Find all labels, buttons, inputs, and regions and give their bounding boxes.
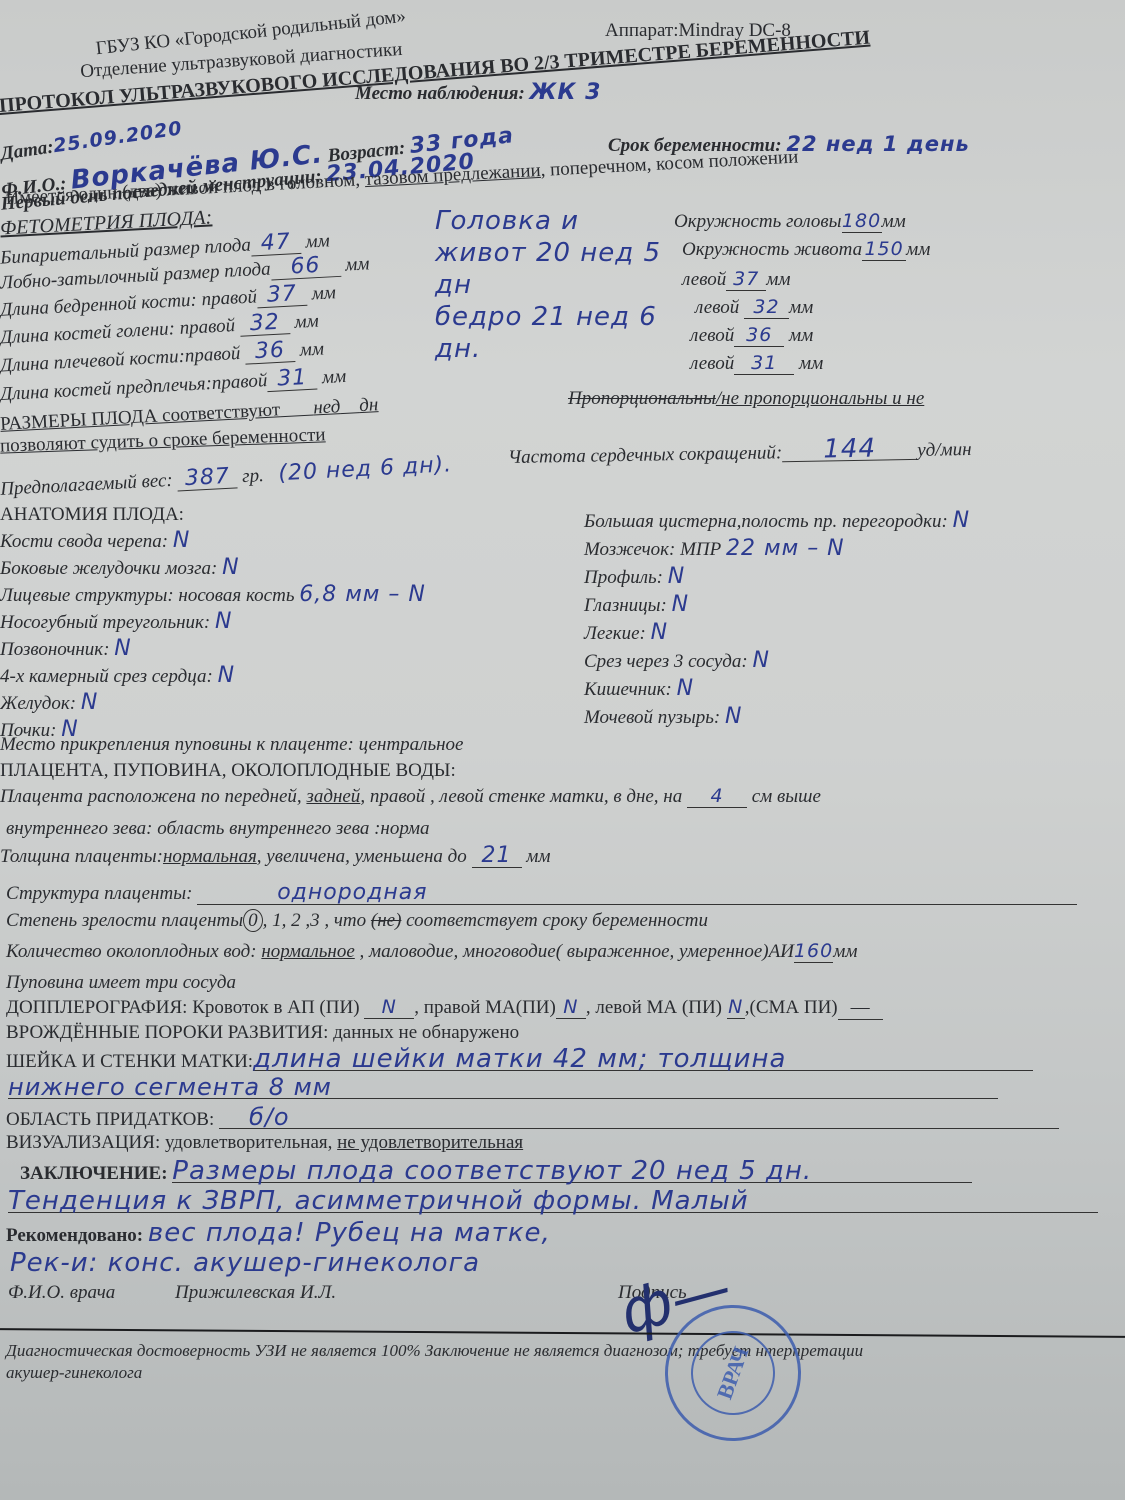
internal-os: внутреннего зева: область внутреннего зе…	[6, 818, 430, 840]
weight-value: 387	[177, 465, 238, 491]
conclusion-line-1: Размеры плода соответствуют 20 нед 5 дн.	[172, 1160, 972, 1183]
unit: мм	[882, 211, 906, 232]
recommended-label: Рекомендовано:	[6, 1225, 143, 1246]
unit: мм	[799, 353, 823, 374]
hc-label: Окружность головы	[674, 211, 842, 232]
hc-value: 180	[842, 210, 882, 233]
fluid-unit: мм	[833, 941, 857, 962]
anatomy-item-label: Желудок:	[0, 693, 81, 714]
adnexa-row: ОБЛАСТЬ ПРИДАТКОВ: б/о	[6, 1106, 1059, 1131]
forearm-left-row: левой31 мм	[690, 352, 823, 375]
proportional-struck: Пропорциональны	[568, 388, 716, 409]
unit: мм	[311, 282, 336, 304]
left-label: левой	[690, 353, 734, 374]
left-mca-label: , левой МА (ПИ)	[586, 997, 722, 1018]
thickness-unit: мм	[526, 846, 550, 867]
left-label: левой	[682, 269, 726, 290]
left-label: левой	[695, 297, 739, 318]
forearm-right-value: 31	[267, 366, 318, 392]
observation-place-value: ЖК 3	[530, 80, 602, 105]
disclaimer-line-2: акушер-гинеколога	[6, 1362, 142, 1384]
anatomy-item-label: Лицевые структуры: носовая кость	[0, 585, 299, 606]
proportional-selected: /не пропорциональны и не	[716, 388, 924, 409]
anatomy-item: Лицевые структуры: носовая кость 6,8 мм …	[0, 584, 426, 607]
anatomy-item-value: N	[81, 690, 98, 715]
anatomy-item: Срез через 3 сосуда: N	[584, 650, 770, 673]
anatomy-item: Мочевой пузырь: N	[584, 706, 742, 729]
anatomy-item-value: N	[651, 620, 668, 645]
anatomy-item: Кости свода черепа: N	[0, 530, 190, 553]
anatomy-item-value: N	[222, 555, 239, 580]
ac-value: 150	[862, 238, 906, 261]
mca-label: СМА ПИ)	[756, 997, 838, 1018]
unit: мм	[294, 311, 319, 333]
humerus-right-value: 36	[244, 339, 295, 365]
footer-divider	[0, 1328, 1125, 1338]
weight-label: Предполагаемый вес:	[0, 470, 173, 500]
cervix-label: ШЕЙКА И СТЕНКИ МАТКИ:	[6, 1051, 253, 1072]
anatomy-item: Кишечник: N	[584, 678, 694, 701]
unit: мм	[305, 230, 330, 252]
cord-vessels: Пуповина имеет три сосуда	[6, 972, 236, 994]
location-text-c: см выше	[752, 786, 821, 807]
unit: мм	[321, 366, 346, 388]
document-photo: ГБУЗ КО «Городской родильный дом» Отделе…	[0, 0, 1125, 1500]
conclusion-row: ЗАКЛЮЧЕНИЕ: Размеры плода соответствуют …	[20, 1160, 972, 1185]
doppler-row: ДОППЛЕРОГРАФИЯ: Кровоток в АП (ПИ) N, пр…	[6, 996, 883, 1020]
tibia-left-value: 32	[744, 296, 789, 319]
anatomy-item: Глазницы: N	[584, 594, 689, 617]
femur-right-value: 37	[256, 283, 307, 309]
right-mca-label: , правой МА(ПИ)	[414, 997, 556, 1018]
anatomy-item-label: Профиль:	[584, 567, 668, 588]
conclusion-line-2: Тенденция к ЗВРП, асимметричной формы. М…	[8, 1190, 1098, 1213]
placenta-heading: ПЛАЦЕНТА, ПУПОВИНА, ОКОЛОПЛОДНЫЕ ВОДЫ:	[0, 760, 456, 782]
structure-label: Структура плаценты:	[6, 883, 192, 904]
humerus-left-value: 36	[734, 324, 784, 347]
anatomy-item: Боковые желудочки мозга: N	[0, 557, 240, 580]
maturity-text: соответствует сроку беременности	[401, 910, 708, 931]
anatomy-item-label: Кишечник:	[584, 679, 677, 700]
anatomy-item: 4-х камерный срез сердца: N	[0, 665, 235, 688]
left-mca-value: N	[727, 996, 745, 1019]
note-line-1: Головка и	[435, 205, 695, 237]
anatomy-item-label: Срез через 3 сосуда:	[584, 651, 752, 672]
visualization-selected: не удовлетворительная	[337, 1132, 523, 1153]
observation-place: Место наблюдения: ЖК 3	[355, 82, 601, 105]
fluid-index-value: 160	[794, 940, 833, 963]
hr-unit: уд/мин	[917, 439, 972, 461]
femur-left-row: левой37мм	[682, 268, 790, 291]
anatomy-item: Позвоночник: N	[0, 638, 132, 661]
tibia-right-value: 32	[239, 311, 290, 337]
doppler-label: ДОППЛЕРОГРАФИЯ: Кровоток в АП (ПИ)	[6, 997, 360, 1018]
anatomy-item-value: N	[218, 663, 235, 688]
conclusion-label: ЗАКЛЮЧЕНИЕ:	[20, 1163, 168, 1184]
location-text-a: Плацента расположена по передней,	[0, 786, 306, 807]
unit: мм	[906, 239, 930, 260]
anatomy-item: Профиль: N	[584, 566, 685, 589]
anatomy-item-label: Мозжечок: МПР	[584, 539, 726, 560]
unit: мм	[789, 325, 813, 346]
fluid-options: , маловодие, многоводие( выраженное, уме…	[355, 941, 794, 962]
term-value: 22 нед 1 день	[786, 132, 969, 156]
unit: мм	[789, 297, 813, 318]
anatomy-item-label: Боковые желудочки мозга:	[0, 558, 222, 579]
anatomy-item: Носогубный треугольник: N	[0, 611, 232, 634]
anatomy-item-value: N	[173, 528, 190, 553]
left-label: левой	[690, 325, 734, 346]
ac-row: Окружность живота150мм	[682, 238, 930, 261]
heart-rate-row: Частота сердечных сокращений:144уд/мин	[508, 436, 972, 469]
location-selected: задней	[306, 786, 360, 807]
sizes-weeks: нед	[313, 396, 341, 418]
anatomy-item: Легкие: N	[584, 622, 668, 645]
structure-value: однородная	[197, 882, 1077, 905]
note-line-2: живот 20 нед 5 дн	[435, 237, 695, 301]
anatomy-item-label: Кости свода черепа:	[0, 531, 173, 552]
placenta-location: Плацента расположена по передней, задней…	[0, 785, 821, 808]
amniotic-fluid: Количество околоплодных вод: нормальное …	[6, 940, 857, 963]
hc-row: Окружность головы180мм	[674, 210, 906, 233]
ofd-value: 66	[270, 254, 341, 281]
location-text-b: , правой , левой стенке матки, в дне, на	[360, 786, 682, 807]
sizes-days: дн	[359, 394, 379, 416]
thickness-label: Толщина плаценты:	[0, 846, 163, 867]
adnexa-label: ОБЛАСТЬ ПРИДАТКОВ:	[6, 1109, 214, 1130]
anatomy-item-value: N	[725, 704, 742, 729]
anatomy-item-label: Мочевой пузырь:	[584, 707, 725, 728]
anatomy-item-label: Легкие:	[584, 623, 651, 644]
forearm-left-value: 31	[734, 352, 794, 375]
note-line-3: бедро 21 нед 6 дн.	[435, 301, 695, 365]
anatomy-item-value: 22 мм – N	[726, 536, 845, 561]
anatomy-item-value: N	[215, 609, 232, 634]
weight-row: Предполагаемый вес: 387 гр. (20 нед 6 дн…	[0, 454, 453, 501]
right-mca-value: N	[556, 996, 586, 1019]
anatomy-item-value: N	[752, 648, 769, 673]
ac-label: Окружность живота	[682, 239, 862, 260]
anatomy-item-label: Глазницы:	[584, 595, 672, 616]
anatomy-heading: АНАТОМИЯ ПЛОДА:	[0, 504, 184, 526]
bpd-value: 47	[250, 231, 301, 257]
weight-note: (20 нед 6 дн).	[278, 452, 453, 486]
anatomy-item-label: Большая цистерна,полость пр. перегородки…	[584, 511, 953, 532]
thickness-value: 21	[472, 845, 522, 868]
anatomy-item: Большая цистерна,полость пр. перегородки…	[584, 510, 970, 533]
cervix-value-line1: длина шейки матки 42 мм; толщина	[253, 1048, 1033, 1071]
cervix-value-line2: нижнего сегмента 8 мм	[8, 1076, 998, 1099]
thickness-text: , увеличена, уменьшена до	[257, 846, 467, 867]
anatomy-item: Мозжечок: МПР 22 мм – N	[584, 538, 845, 561]
device-label: Аппарат:	[605, 20, 679, 41]
visualization-option-1: удовлетворительная,	[160, 1132, 337, 1153]
recommended-row: Рекомендовано: вес плода! Рубец на матке…	[6, 1222, 551, 1247]
weight-unit: гр.	[242, 465, 265, 487]
femur-left-value: 37	[726, 268, 766, 291]
malformations: ВРОЖДЁННЫЕ ПОРОКИ РАЗВИТИЯ: данных не об…	[6, 1022, 519, 1044]
visualization-label: ВИЗУАЛИЗАЦИЯ:	[6, 1132, 160, 1153]
doctor-label: Ф.И.О. врача	[8, 1282, 115, 1304]
anatomy-item-label: Позвоночник:	[0, 639, 114, 660]
maturity-options: , 1, 2 ,3 , что	[263, 910, 371, 931]
doctor-name: Прижилевская И.Л.	[175, 1282, 336, 1304]
fluid-label: Количество околоплодных вод:	[6, 941, 261, 962]
date-value: 25.09.2020	[52, 117, 184, 157]
anatomy-item-value: N	[114, 636, 131, 661]
anatomy-item-value: N	[668, 564, 685, 589]
date-label: Дата:	[0, 136, 55, 164]
unit: мм	[345, 253, 370, 275]
anatomy-item-value: 6,8 мм – N	[299, 582, 426, 607]
humerus-left-row: левой36 мм	[690, 324, 813, 347]
hr-label: Частота сердечных сокращений:	[508, 442, 783, 468]
maturity-label: Степень зрелости плаценты	[6, 910, 243, 931]
recommended-line-1: вес плода! Рубец на матке,	[148, 1218, 551, 1248]
location-value: 4	[687, 785, 747, 808]
cervix-row: ШЕЙКА И СТЕНКИ МАТКИ:длина шейки матки 4…	[6, 1048, 1033, 1073]
fetus-count-struck: (два)	[122, 180, 163, 203]
observation-place-label: Место наблюдения:	[355, 83, 525, 104]
anatomy-item: Желудок: N	[0, 692, 98, 715]
anatomy-item-value: N	[677, 676, 694, 701]
maturity-selected: 0	[243, 909, 263, 932]
anatomy-item-value: N	[672, 592, 689, 617]
placenta-thickness: Толщина плаценты:нормальная, увеличена, …	[0, 845, 551, 868]
placenta-structure: Структура плаценты: однородная	[6, 882, 1077, 905]
visualization-row: ВИЗУАЛИЗАЦИЯ: удовлетворительная, не удо…	[6, 1132, 523, 1154]
unit: мм	[299, 339, 324, 361]
anatomy-item-label: Носогубный треугольник:	[0, 612, 215, 633]
fetometry-note: Головка и живот 20 нед 5 дн бедро 21 нед…	[435, 205, 695, 365]
mca-value: —	[838, 997, 883, 1020]
anatomy-item-label: 4-х камерный срез сердца:	[0, 666, 218, 687]
thickness-selected: нормальная	[163, 846, 257, 867]
fluid-selected: нормальное	[261, 941, 354, 962]
unit: мм	[766, 269, 790, 290]
recommended-line-2: Рек-и: конс. акушер-гинеколога	[10, 1252, 480, 1274]
ua-value: N	[364, 996, 414, 1019]
hr-value: 144	[782, 437, 917, 462]
proportionality: Пропорциональны/не пропорциональны и не	[568, 388, 924, 410]
maturity-not-struck: (не)	[371, 910, 402, 931]
anatomy-item-value: N	[953, 508, 970, 533]
stamp-center: ВРАЧ	[679, 1319, 787, 1427]
cord-insertion: Место прикрепления пуповины к плаценте: …	[0, 734, 463, 756]
placenta-maturity: Степень зрелости плаценты0, 1, 2 ,3 , чт…	[6, 910, 708, 932]
tibia-left-row: левой 32мм	[695, 296, 813, 319]
adnexa-value: б/о	[219, 1106, 1059, 1129]
